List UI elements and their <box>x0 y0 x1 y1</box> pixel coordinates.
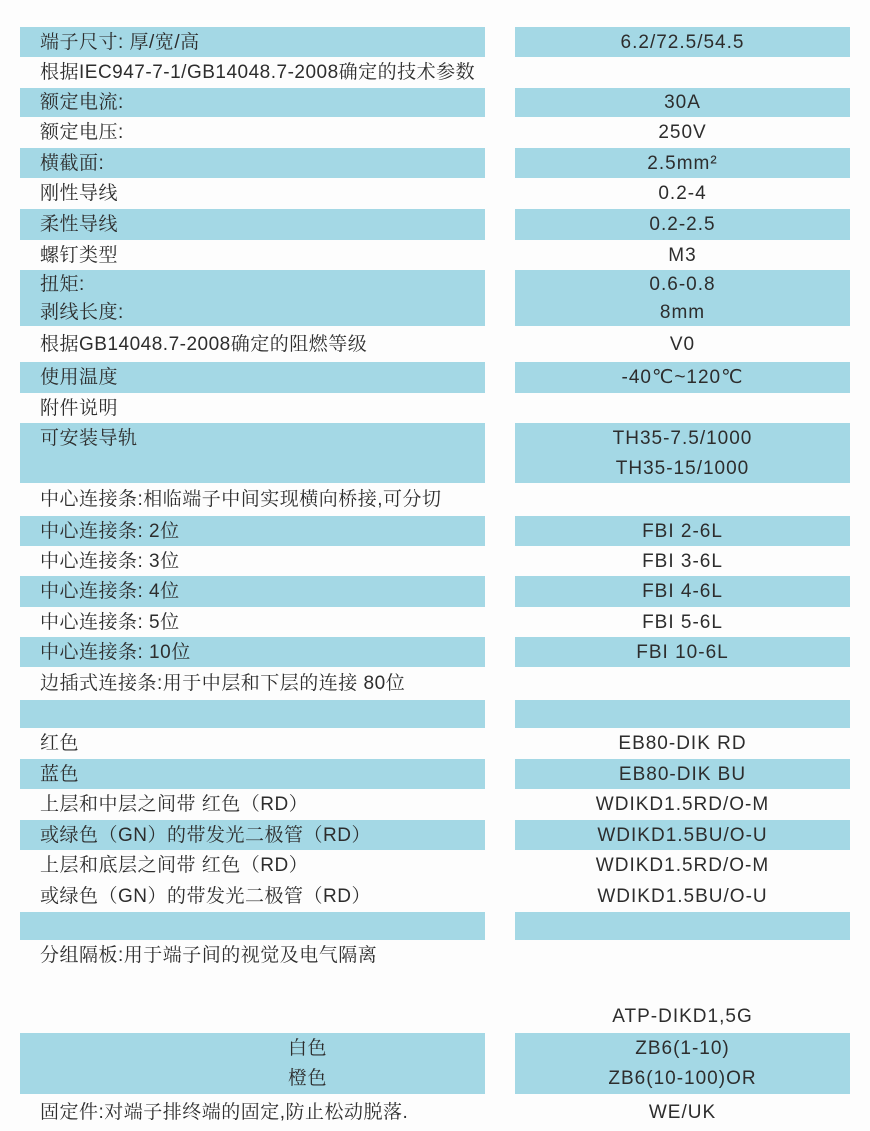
spec-value-cell: 6.2/72.5/54.5 <box>515 27 850 57</box>
spec-row: 端子尺寸: 厚/宽/高6.2/72.5/54.5 <box>20 27 870 57</box>
spec-label: 额定电流: <box>40 88 485 117</box>
spec-row: 根据IEC947-7-1/GB14048.7-2008确定的技术参数 <box>20 57 870 88</box>
spec-row: 蓝色EB80-DIK BU <box>20 759 870 789</box>
spec-row: 可安装导轨TH35-7.5/1000TH35-15/1000 <box>20 423 870 483</box>
spec-value-cell: EB80-DIK RD <box>515 728 850 759</box>
spec-value-cell: ZB6(1-10)ZB6(10-100)OR <box>515 1033 850 1094</box>
spec-label-cell: 附件说明 <box>20 393 485 423</box>
spec-value <box>515 393 850 423</box>
spec-label-cell: 额定电压: <box>20 117 485 148</box>
spec-value-cell: FBI 5-6L <box>515 607 850 637</box>
spec-label-cell: 中心连接条: 2位 <box>20 516 485 546</box>
spec-value-cell: 0.2-2.5 <box>515 209 850 240</box>
spec-row: 中心连接条: 2位FBI 2-6L <box>20 516 870 546</box>
spec-label: 固定件:对端子排终端的固定,防止松动脱落. <box>40 1094 485 1131</box>
spec-row: 附件说明 <box>20 393 870 423</box>
spec-value: WDIKD1.5RD/O-M <box>515 850 850 881</box>
spec-label: 额定电压: <box>40 117 485 148</box>
spec-label: 白色 <box>130 1033 485 1064</box>
spec-value-cell <box>515 57 850 88</box>
spec-value: 8mm <box>515 298 850 326</box>
spec-row <box>20 700 870 728</box>
spec-label: 蓝色 <box>40 759 485 789</box>
spec-value-cell: 250V <box>515 117 850 148</box>
spec-row: 中心连接条: 4位FBI 4-6L <box>20 576 870 607</box>
spec-label: 端子尺寸: 厚/宽/高 <box>40 27 485 57</box>
spec-value-cell <box>515 667 850 700</box>
spec-label <box>40 453 485 483</box>
spec-value-cell: FBI 2-6L <box>515 516 850 546</box>
spec-label-cell: 柔性导线 <box>20 209 485 240</box>
spec-value: WE/UK <box>515 1094 850 1131</box>
spec-row: 螺钉类型M3 <box>20 240 870 270</box>
spec-label: 中心连接条: 5位 <box>40 607 485 637</box>
spec-value-cell <box>515 393 850 423</box>
spec-label: 或绿色（GN）的带发光二极管（RD） <box>40 820 485 850</box>
spec-row: 白色橙色ZB6(1-10)ZB6(10-100)OR <box>20 1033 870 1094</box>
spec-value-cell: WDIKD1.5RD/O-M <box>515 850 850 881</box>
spec-label-cell: 白色橙色 <box>20 1033 485 1094</box>
spec-value-cell: 0.2-4 <box>515 178 850 209</box>
spec-value-cell: TH35-7.5/1000TH35-15/1000 <box>515 423 850 483</box>
spec-row: 额定电压:250V <box>20 117 870 148</box>
spec-row: 上层和中层之间带 红色（RD）WDIKD1.5RD/O-M <box>20 789 870 820</box>
spec-value: ZB6(1-10) <box>515 1033 850 1064</box>
spec-label-cell: 刚性导线 <box>20 178 485 209</box>
spec-label-cell <box>20 700 485 728</box>
spec-label-cell: 可安装导轨 <box>20 423 485 483</box>
spec-row: 中心连接条: 10位FBI 10-6L <box>20 637 870 667</box>
spec-label-cell: 红色 <box>20 728 485 759</box>
spec-value: TH35-15/1000 <box>515 453 850 483</box>
spec-label <box>40 912 485 940</box>
spec-label <box>40 1000 485 1033</box>
spec-value: -40℃~120℃ <box>515 362 850 393</box>
spec-row: 分组隔板:用于端子间的视觉及电气隔离 <box>20 940 870 1000</box>
spec-label-cell: 端子尺寸: 厚/宽/高 <box>20 27 485 57</box>
spec-value-cell: FBI 10-6L <box>515 637 850 667</box>
spec-label-cell <box>20 1000 485 1033</box>
spec-label: 上层和中层之间带 红色（RD） <box>40 789 485 820</box>
spec-value-cell: 2.5mm² <box>515 148 850 178</box>
spec-label-cell: 额定电流: <box>20 88 485 117</box>
spec-label-cell: 中心连接条: 4位 <box>20 576 485 607</box>
spec-label-cell: 上层和底层之间带 红色（RD） <box>20 850 485 881</box>
spec-value: 6.2/72.5/54.5 <box>515 27 850 57</box>
spec-label-cell: 上层和中层之间带 红色（RD） <box>20 789 485 820</box>
spec-label: 中心连接条:相临端子中间实现横向桥接,可分切 <box>40 483 485 516</box>
spec-row: 边插式连接条:用于中层和下层的连接 80位 <box>20 667 870 700</box>
spec-value: ZB6(10-100)OR <box>515 1064 850 1095</box>
spec-label-cell: 固定件:对端子排终端的固定,防止松动脱落. <box>20 1094 485 1131</box>
spec-value-cell: 30A <box>515 88 850 117</box>
spec-label: 可安装导轨 <box>40 423 485 453</box>
spec-value <box>515 912 850 940</box>
spec-value-cell: WDIKD1.5RD/O-M <box>515 789 850 820</box>
spec-label: 上层和底层之间带 红色（RD） <box>40 850 485 881</box>
spec-value: WDIKD1.5RD/O-M <box>515 789 850 820</box>
spec-sheet: 端子尺寸: 厚/宽/高6.2/72.5/54.5根据IEC947-7-1/GB1… <box>0 0 870 1131</box>
spec-label: 根据IEC947-7-1/GB14048.7-2008确定的技术参数 <box>40 57 485 88</box>
spec-value-cell <box>515 483 850 516</box>
spec-value-cell: WDIKD1.5BU/O-U <box>515 881 850 912</box>
spec-label: 柔性导线 <box>40 209 485 240</box>
spec-row: ATP-DIKD1,5G <box>20 1000 870 1033</box>
spec-value: 30A <box>515 88 850 117</box>
spec-value-cell: ATP-DIKD1,5G <box>515 1000 850 1033</box>
spec-row: 扭矩:剥线长度:0.6-0.88mm <box>20 270 870 326</box>
spec-value-cell: V0 <box>515 326 850 362</box>
spec-row: 柔性导线0.2-2.5 <box>20 209 870 240</box>
spec-row: 额定电流:30A <box>20 88 870 117</box>
spec-label-cell <box>20 912 485 940</box>
spec-label <box>40 970 485 1000</box>
spec-label: 附件说明 <box>40 393 485 423</box>
spec-value: 0.2-4 <box>515 178 850 209</box>
spec-row: 红色EB80-DIK RD <box>20 728 870 759</box>
spec-label: 中心连接条: 4位 <box>40 576 485 607</box>
spec-label-cell: 根据GB14048.7-2008确定的阻燃等级 <box>20 326 485 362</box>
spec-value <box>515 57 850 88</box>
spec-label: 分组隔板:用于端子间的视觉及电气隔离 <box>40 940 485 970</box>
spec-label-cell: 蓝色 <box>20 759 485 789</box>
spec-value: ATP-DIKD1,5G <box>515 1000 850 1033</box>
spec-row: 刚性导线0.2-4 <box>20 178 870 209</box>
spec-value <box>515 940 850 1000</box>
spec-row: 横截面:2.5mm² <box>20 148 870 178</box>
spec-label-cell: 使用温度 <box>20 362 485 393</box>
spec-value: WDIKD1.5BU/O-U <box>515 820 850 850</box>
spec-value: TH35-7.5/1000 <box>515 423 850 453</box>
spec-label-cell: 扭矩:剥线长度: <box>20 270 485 326</box>
spec-label-cell: 中心连接条:相临端子中间实现横向桥接,可分切 <box>20 483 485 516</box>
spec-value: FBI 4-6L <box>515 576 850 607</box>
spec-label-cell: 或绿色（GN）的带发光二极管（RD） <box>20 820 485 850</box>
spec-label-cell: 分组隔板:用于端子间的视觉及电气隔离 <box>20 940 485 1000</box>
spec-label: 橙色 <box>130 1064 485 1095</box>
spec-label-cell: 中心连接条: 10位 <box>20 637 485 667</box>
spec-value: EB80-DIK BU <box>515 759 850 789</box>
spec-value-cell: M3 <box>515 240 850 270</box>
spec-value-cell <box>515 940 850 1000</box>
spec-label: 中心连接条: 2位 <box>40 516 485 546</box>
spec-value: V0 <box>515 326 850 362</box>
spec-value-cell: FBI 4-6L <box>515 576 850 607</box>
spec-row: 或绿色（GN）的带发光二极管（RD）WDIKD1.5BU/O-U <box>20 820 870 850</box>
spec-value-cell: 0.6-0.88mm <box>515 270 850 326</box>
spec-value: 0.2-2.5 <box>515 209 850 240</box>
spec-value-cell: EB80-DIK BU <box>515 759 850 789</box>
spec-row: 中心连接条: 5位FBI 5-6L <box>20 607 870 637</box>
spec-value-cell <box>515 700 850 728</box>
spec-value <box>515 667 850 700</box>
spec-label: 横截面: <box>40 148 485 178</box>
spec-value-cell: -40℃~120℃ <box>515 362 850 393</box>
spec-value <box>515 700 850 728</box>
spec-label: 螺钉类型 <box>40 240 485 270</box>
spec-value: FBI 5-6L <box>515 607 850 637</box>
spec-value: FBI 10-6L <box>515 637 850 667</box>
spec-value: WDIKD1.5BU/O-U <box>515 881 850 912</box>
spec-value: FBI 2-6L <box>515 516 850 546</box>
spec-row: 根据GB14048.7-2008确定的阻燃等级V0 <box>20 326 870 362</box>
spec-value: 250V <box>515 117 850 148</box>
spec-row: 或绿色（GN）的带发光二极管（RD）WDIKD1.5BU/O-U <box>20 881 870 912</box>
spec-value: EB80-DIK RD <box>515 728 850 759</box>
spec-label-cell: 边插式连接条:用于中层和下层的连接 80位 <box>20 667 485 700</box>
spec-value <box>515 483 850 516</box>
spec-label-cell: 根据IEC947-7-1/GB14048.7-2008确定的技术参数 <box>20 57 485 88</box>
spec-value-cell <box>515 912 850 940</box>
spec-row: 使用温度-40℃~120℃ <box>20 362 870 393</box>
spec-row: 中心连接条: 3位FBI 3-6L <box>20 546 870 576</box>
spec-value-cell: FBI 3-6L <box>515 546 850 576</box>
spec-label-cell: 横截面: <box>20 148 485 178</box>
spec-label: 使用温度 <box>40 362 485 393</box>
spec-value: 0.6-0.8 <box>515 270 850 298</box>
spec-value: 2.5mm² <box>515 148 850 178</box>
spec-label-cell: 中心连接条: 3位 <box>20 546 485 576</box>
spec-label-cell: 中心连接条: 5位 <box>20 607 485 637</box>
spec-label: 中心连接条: 10位 <box>40 637 485 667</box>
spec-label <box>40 700 485 728</box>
spec-row: 上层和底层之间带 红色（RD）WDIKD1.5RD/O-M <box>20 850 870 881</box>
spec-table: 端子尺寸: 厚/宽/高6.2/72.5/54.5根据IEC947-7-1/GB1… <box>0 27 870 1131</box>
spec-label: 中心连接条: 3位 <box>40 546 485 576</box>
spec-row <box>20 912 870 940</box>
spec-label-cell: 或绿色（GN）的带发光二极管（RD） <box>20 881 485 912</box>
spec-label: 剥线长度: <box>40 298 485 326</box>
spec-label-cell: 螺钉类型 <box>20 240 485 270</box>
spec-label: 红色 <box>40 728 485 759</box>
spec-label: 根据GB14048.7-2008确定的阻燃等级 <box>40 326 485 362</box>
spec-row: 固定件:对端子排终端的固定,防止松动脱落.WE/UK <box>20 1094 870 1131</box>
spec-row: 中心连接条:相临端子中间实现横向桥接,可分切 <box>20 483 870 516</box>
spec-value-cell: WE/UK <box>515 1094 850 1131</box>
spec-value-cell: WDIKD1.5BU/O-U <box>515 820 850 850</box>
spec-label: 刚性导线 <box>40 178 485 209</box>
spec-label: 或绿色（GN）的带发光二极管（RD） <box>40 881 485 912</box>
spec-label: 扭矩: <box>40 270 485 298</box>
spec-value: FBI 3-6L <box>515 546 850 576</box>
spec-value: M3 <box>515 240 850 270</box>
spec-label: 边插式连接条:用于中层和下层的连接 80位 <box>40 667 485 700</box>
